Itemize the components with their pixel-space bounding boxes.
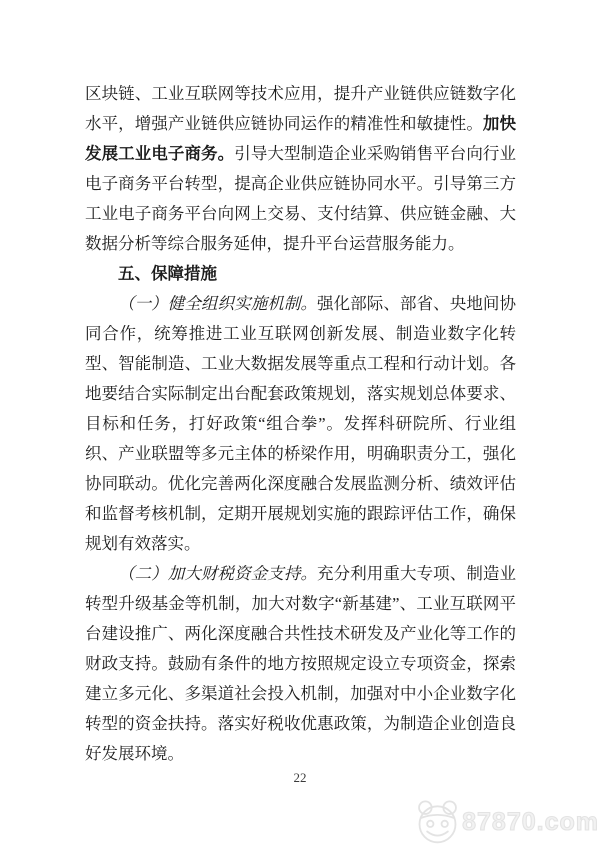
text-run: 五、保障措施 [118, 264, 217, 283]
text-run: （一）健全组织实施机制。 [118, 294, 317, 313]
bear-face-icon [415, 800, 460, 845]
document-page: 区块链、工业互联网等技术应用，提升产业链供应链数字化水平，增强产业链供应链协同运… [0, 0, 600, 848]
text-run: 强化部际、部省、央地间协同合作，统筹推进工业互联网创新发展、制造业数字化转型、智… [85, 294, 516, 553]
watermark: 87870.com [415, 800, 599, 845]
text-run: （二）加大财税资金支持。 [118, 564, 317, 583]
section-heading: 五、保障措施 [85, 259, 516, 289]
watermark-text: 87870.com [462, 800, 599, 845]
body-paragraph: （二）加大财税资金支持。充分利用重大专项、制造业转型升级基金等机制，加大对数字“… [85, 559, 516, 769]
body-paragraph: 区块链、工业互联网等技术应用，提升产业链供应链数字化水平，增强产业链供应链协同运… [85, 79, 516, 259]
text-block: 区块链、工业互联网等技术应用，提升产业链供应链数字化水平，增强产业链供应链协同运… [85, 79, 516, 769]
text-run: 区块链、工业互联网等技术应用，提升产业链供应链数字化水平，增强产业链供应链协同运… [85, 84, 516, 133]
text-run: 充分利用重大专项、制造业转型升级基金等机制，加大对数字“新基建”、工业互联网平台… [85, 564, 516, 763]
page-number: 22 [0, 770, 600, 786]
body-paragraph: （一）健全组织实施机制。强化部际、部省、央地间协同合作，统筹推进工业互联网创新发… [85, 289, 516, 559]
